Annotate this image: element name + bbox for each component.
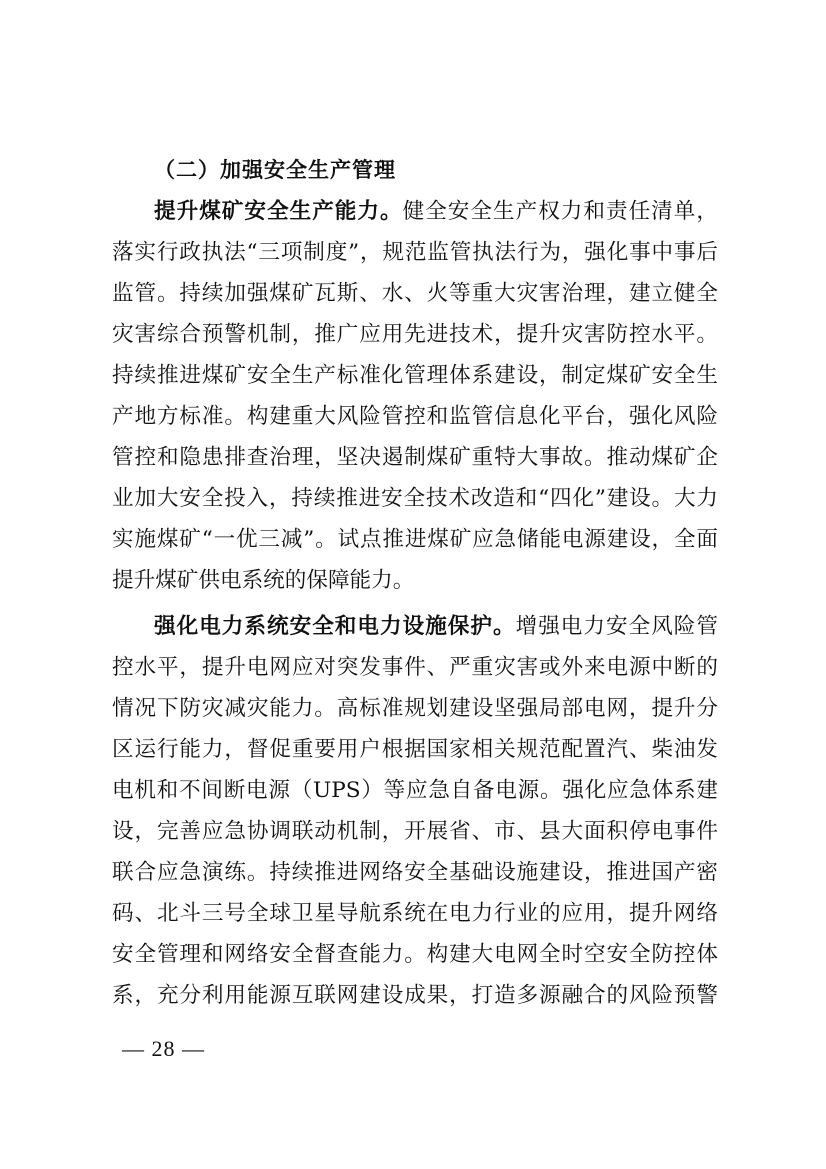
document-page: （二）加强安全生产管理 提升煤矿安全生产能力。健全安全生产权力和责任清单， 落实…: [112, 150, 718, 1016]
paragraph-line: 灾害综合预警机制，推广应用先进技术，提升灾害防控水平。: [112, 314, 718, 355]
paragraph-line: 控水平，提升电网应对突发事件、严重灾害或外来电源中断的: [112, 647, 718, 688]
page-number: — 28 —: [122, 1036, 205, 1062]
paragraph-line: 产地方标准。构建重大风险管控和监管信息化平台，强化风险: [112, 396, 718, 437]
paragraph-line: 监管。持续加强煤矿瓦斯、水、火等重大灾害治理，建立健全: [112, 273, 718, 314]
paragraph-line: 电机和不间断电源（UPS）等应急自备电源。强化应急体系建: [112, 770, 718, 811]
paragraph-line: 系，充分利用能源互联网建设成果，打造多源融合的风险预警: [112, 975, 718, 1016]
paragraph-line: 持续推进煤矿安全生产标准化管理体系建设，制定煤矿安全生: [112, 355, 718, 396]
paragraph-line: 设，完善应急协调联动机制，开展省、市、县大面积停电事件: [112, 811, 718, 852]
paragraph-line: 码、北斗三号全球卫星导航系统在电力行业的应用，提升网络: [112, 893, 718, 934]
paragraph-text: 健全安全生产权力和责任清单，: [403, 199, 718, 224]
paragraph-line: 提升煤矿供电系统的保障能力。: [112, 560, 718, 601]
paragraph-line: 区运行能力，督促重要用户根据国家相关规范配置汽、柴油发: [112, 729, 718, 770]
paragraph-line: 业加大安全投入，持续推进安全技术改造和“四化”建设。大力: [112, 478, 718, 519]
paragraph-line: 实施煤矿“一优三减”。试点推进煤矿应急储能电源建设，全面: [112, 519, 718, 560]
paragraph-line: 安全管理和网络安全督查能力。构建大电网全时空安全防控体: [112, 934, 718, 975]
paragraph-power-system-safety: 强化电力系统安全和电力设施保护。增强电力安全风险管 控水平，提升电网应对突发事件…: [112, 606, 718, 1016]
paragraph-lead: 强化电力系统安全和电力设施保护。: [154, 614, 516, 639]
paragraph-text: 增强电力安全风险管: [516, 614, 718, 639]
paragraph-first-line: 提升煤矿安全生产能力。健全安全生产权力和责任清单，: [112, 191, 718, 232]
paragraph-line: 联合应急演练。持续推进网络安全基础设施建设，推进国产密: [112, 852, 718, 893]
paragraph-line: 落实行政执法“三项制度”，规范监管执法行为，强化事中事后: [112, 232, 718, 273]
section-heading: （二）加强安全生产管理: [112, 150, 718, 191]
paragraph-line: 管控和隐患排查治理，坚决遏制煤矿重特大事故。推动煤矿企: [112, 437, 718, 478]
paragraph-coal-mine-safety: 提升煤矿安全生产能力。健全安全生产权力和责任清单， 落实行政执法“三项制度”，规…: [112, 191, 718, 601]
paragraph-line: 情况下防灾减灾能力。高标准规划建设坚强局部电网，提升分: [112, 688, 718, 729]
paragraph-lead: 提升煤矿安全生产能力。: [154, 199, 403, 224]
paragraph-first-line: 强化电力系统安全和电力设施保护。增强电力安全风险管: [112, 606, 718, 647]
